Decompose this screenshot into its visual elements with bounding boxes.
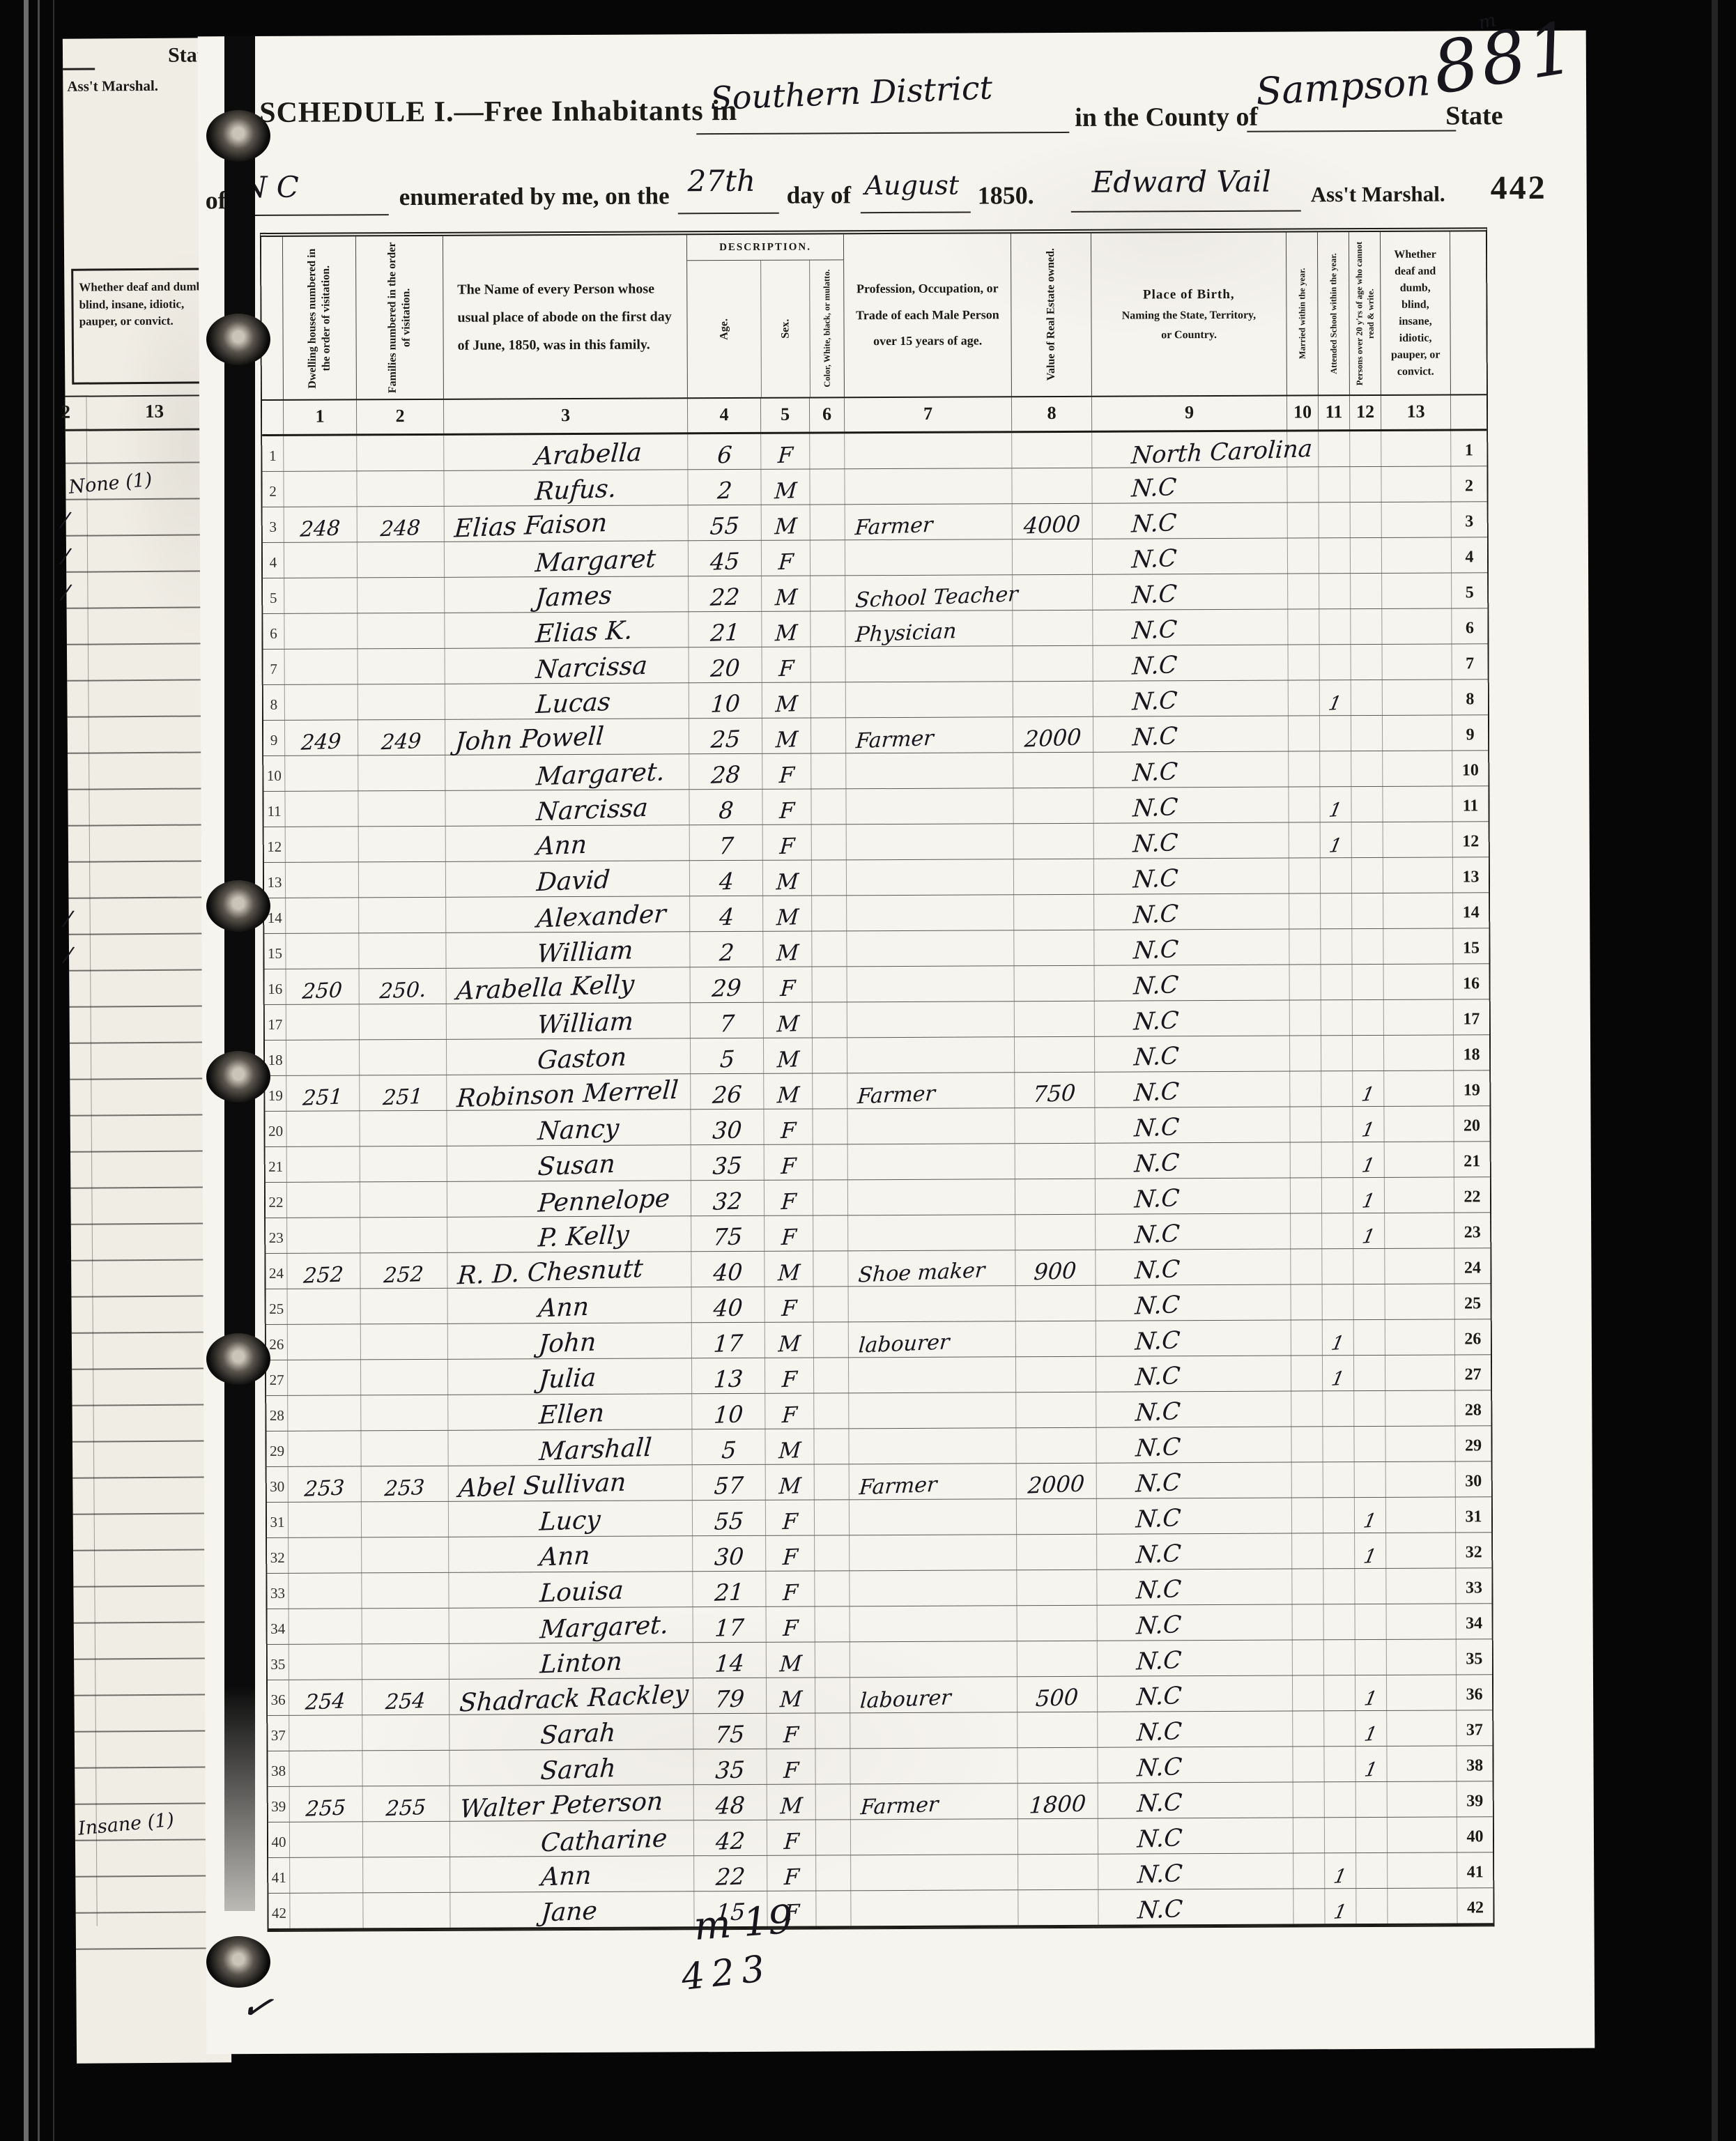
line-number-right: 22 — [1454, 1177, 1490, 1212]
profession-value: Physician — [845, 611, 1012, 646]
table-body: 1 Arabella 6 F North Carolina 1 2 Rufus.… — [262, 431, 1493, 1931]
line-number-left: 4 — [263, 543, 284, 578]
line-number-left: 29 — [266, 1432, 287, 1466]
sex-value: M — [761, 612, 810, 647]
cannot-read-tick: 1 — [1352, 1071, 1383, 1106]
married-tick — [1291, 1462, 1323, 1497]
table-row: 16 250 250. Arabella Kelly 29 F N.C 16 — [265, 964, 1489, 1005]
sex-value: M — [765, 1429, 813, 1464]
dwelling-number: 254 — [289, 1680, 362, 1714]
dwelling-number — [283, 471, 356, 506]
profession-value — [844, 468, 1011, 504]
profession-value — [846, 895, 1013, 930]
birthplace-value: N.C — [1096, 1321, 1291, 1356]
age-value: 20 — [689, 647, 762, 682]
dwelling-number — [289, 1751, 362, 1786]
line-number-left: 7 — [263, 650, 284, 684]
family-number — [360, 1146, 447, 1182]
color-cell — [815, 1749, 850, 1783]
dwelling-number — [283, 436, 356, 470]
school-tick — [1324, 1818, 1355, 1852]
condition-cell — [1381, 431, 1450, 466]
sex-value: M — [765, 1323, 813, 1358]
person-name: Jane — [450, 1891, 693, 1928]
school-tick — [1321, 1036, 1352, 1070]
profession-value — [850, 1855, 1017, 1890]
age-value: 25 — [689, 719, 762, 753]
blank-rule — [1071, 210, 1301, 212]
person-name: Louisa — [448, 1572, 692, 1608]
line-number-right: 7 — [1452, 644, 1488, 679]
sex-value: F — [764, 1145, 813, 1180]
column-digit: 10 — [1286, 396, 1318, 429]
condition-cell — [1382, 716, 1452, 751]
profession-value — [847, 1179, 1015, 1215]
real-estate-value — [1017, 1819, 1098, 1855]
color-cell — [813, 1180, 847, 1215]
sex-value: F — [763, 1110, 812, 1144]
color-cell — [811, 789, 845, 824]
color-cell — [813, 1322, 848, 1357]
prev-row-line: 18 — [70, 1043, 224, 1080]
dwelling-number — [285, 862, 358, 897]
color-cell — [813, 1429, 848, 1464]
cannot-read-tick — [1351, 645, 1382, 680]
line-number-left: 22 — [266, 1183, 286, 1218]
condition-cell — [1381, 574, 1451, 608]
table-row: 10 Margaret. 28 F N.C 10 — [263, 751, 1488, 792]
blank-rule — [678, 213, 779, 215]
cannot-read-tick: 1 — [1354, 1498, 1385, 1533]
color-cell — [814, 1535, 849, 1570]
family-number: 251 — [359, 1075, 446, 1111]
printed-page-number: 442 — [1491, 169, 1547, 207]
color-cell — [810, 611, 845, 646]
census-table: Dwelling houses numbered in the order of… — [260, 227, 1495, 1932]
column-digit: 7 — [844, 397, 1011, 431]
school-tick — [1320, 893, 1351, 928]
dwelling-number — [287, 1360, 360, 1395]
person-name: Marshall — [447, 1429, 691, 1466]
marshal-signature: Edward Vail — [1092, 164, 1271, 199]
table-row: 17 William 7 M N.C 17 — [265, 999, 1489, 1041]
person-name: P. Kelly — [447, 1216, 691, 1252]
age-value: 5 — [690, 1038, 763, 1073]
prev-row-line: 10 — [68, 753, 222, 790]
school-tick — [1324, 1782, 1355, 1817]
profession-value: Farmer — [847, 1073, 1014, 1108]
line-number-left: 38 — [268, 1751, 289, 1786]
line-number-left: 37 — [268, 1716, 289, 1751]
age-value: 30 — [692, 1536, 765, 1571]
married-tick — [1288, 680, 1319, 715]
real-estate-value — [1013, 788, 1093, 824]
header-age: Age. — [687, 261, 761, 397]
person-name: Lucas — [445, 683, 689, 719]
table-row: 38 Sarah 35 F N.C 1 38 — [268, 1746, 1492, 1787]
line-number-right: 3 — [1451, 502, 1487, 537]
family-number — [360, 1431, 447, 1466]
married-tick — [1289, 929, 1320, 964]
color-cell — [811, 753, 845, 788]
profession-value — [850, 1606, 1017, 1641]
family-number — [361, 1537, 448, 1573]
cannot-read-tick — [1353, 1320, 1385, 1355]
profession-value — [844, 433, 1011, 468]
condition-cell — [1381, 502, 1451, 537]
married-tick — [1292, 1675, 1323, 1710]
dwelling-number — [286, 1146, 360, 1181]
real-estate-value — [1013, 895, 1093, 930]
birthplace-value: N.C — [1093, 681, 1288, 716]
column-digit: 8 — [1011, 397, 1091, 431]
line-number-right: 6 — [1451, 608, 1487, 643]
header-name: The Name of every Person whose usual pla… — [443, 235, 687, 399]
line-number-right: 18 — [1453, 1035, 1489, 1070]
married-tick — [1291, 1533, 1323, 1568]
sex-value: F — [765, 1358, 813, 1393]
person-name: David — [445, 861, 689, 897]
sex-value: F — [766, 1607, 815, 1642]
line-number-right: 12 — [1452, 822, 1489, 857]
real-estate-value — [1012, 575, 1092, 611]
person-name: Ann — [448, 1536, 692, 1572]
table-row: 22 Pennelope 32 F N.C 1 22 — [266, 1177, 1490, 1218]
real-estate-value — [1016, 1535, 1096, 1570]
birthplace-value: N.C — [1094, 965, 1289, 1001]
line-number-right: 33 — [1455, 1568, 1491, 1603]
line-number-left: 28 — [266, 1396, 287, 1431]
cannot-read-tick — [1350, 502, 1381, 537]
sex-value: M — [766, 1643, 815, 1678]
real-estate-value — [1011, 468, 1091, 504]
line-number-left: 39 — [268, 1787, 289, 1822]
line-number-right: 14 — [1452, 893, 1489, 928]
column-digit: 2 — [356, 400, 443, 434]
binding-tape — [206, 110, 270, 162]
condition-cell — [1387, 1818, 1457, 1852]
sex-value: F — [761, 541, 810, 576]
line-number-left: 41 — [268, 1858, 289, 1893]
cannot-read-tick: 1 — [1355, 1675, 1386, 1710]
family-number — [362, 1822, 450, 1857]
age-value: 10 — [689, 683, 762, 718]
birthplace-value: N.C — [1094, 1036, 1289, 1072]
color-cell — [811, 931, 846, 966]
cannot-read-tick: 1 — [1355, 1747, 1386, 1781]
color-cell — [811, 860, 846, 895]
married-tick — [1288, 645, 1319, 680]
line-number-left: 5 — [263, 578, 284, 613]
person-name: Rufus. — [443, 470, 687, 506]
age-value: 2 — [689, 932, 762, 967]
birthplace-value: N.C — [1097, 1605, 1292, 1641]
age-value: 45 — [688, 541, 761, 576]
birthplace-value: N.C — [1096, 1534, 1291, 1570]
margin-note: None (1) — [68, 469, 153, 498]
column-digit: 3 — [443, 399, 687, 433]
prev-row-line: 13 — [68, 861, 223, 899]
family-number — [357, 613, 444, 649]
person-name: Robinson Merrell — [446, 1074, 690, 1110]
school-tick — [1322, 1284, 1353, 1319]
dwelling-number — [284, 578, 357, 613]
sex-value: F — [765, 1501, 814, 1535]
table-row: 28 Ellen 10 F N.C 28 — [266, 1390, 1491, 1432]
county-label: in the County of — [1075, 102, 1258, 133]
age-value: 17 — [691, 1323, 765, 1358]
sex-value: F — [762, 754, 811, 789]
condition-cell — [1387, 1853, 1457, 1888]
real-estate-value — [1015, 1215, 1095, 1250]
table-row: 41 Ann 22 F N.C 1 41 — [268, 1852, 1493, 1894]
column-digit: 5 — [760, 399, 809, 432]
family-number: 252 — [360, 1253, 447, 1289]
condition-cell — [1382, 645, 1452, 680]
profession-value: Farmer — [850, 1783, 1017, 1819]
line-number-right: 35 — [1456, 1639, 1492, 1674]
birthplace-value: N.C — [1097, 1747, 1292, 1783]
sex-value: M — [763, 1074, 812, 1109]
prev-marshal-label: Ass't Marshal. — [67, 77, 158, 95]
real-estate-value — [1015, 1357, 1096, 1392]
sex-value: M — [766, 1678, 815, 1713]
real-estate-value — [1017, 1606, 1097, 1641]
line-number-left: 1 — [262, 436, 283, 471]
dwelling-number — [287, 1289, 360, 1323]
profession-value: Farmer — [845, 504, 1012, 539]
age-value: 35 — [693, 1749, 766, 1784]
birthplace-value: N.C — [1092, 574, 1287, 610]
line-number-left: 10 — [263, 756, 284, 791]
married-tick — [1289, 1000, 1321, 1035]
page-edge-sliver — [53, 0, 54, 2141]
married-tick — [1290, 1142, 1321, 1177]
age-value: 7 — [689, 825, 762, 860]
line-number-right: 2 — [1450, 466, 1487, 501]
person-name: Elias K. — [444, 612, 688, 648]
line-number-right: 5 — [1451, 573, 1487, 608]
person-name: Elias Faison — [444, 505, 688, 542]
school-tick: 1 — [1322, 1356, 1353, 1390]
married-tick — [1291, 1498, 1323, 1533]
line-number-left: 33 — [267, 1574, 288, 1609]
cannot-read-tick — [1355, 1889, 1387, 1924]
cannot-read-tick — [1355, 1853, 1387, 1888]
header-families: Families numbered in the order of visita… — [355, 236, 443, 399]
line-number-right: 28 — [1454, 1390, 1491, 1425]
condition-cell — [1385, 1356, 1454, 1390]
married-tick — [1293, 1782, 1324, 1817]
prev-row-line: 9 — [68, 716, 222, 754]
line-number-left: 6 — [263, 614, 284, 649]
age-value: 8 — [689, 790, 762, 824]
family-number — [360, 1218, 447, 1253]
age-value: 7 — [690, 1003, 763, 1038]
margin-note: Insane (1) — [77, 1809, 176, 1840]
married-tick — [1291, 1284, 1322, 1319]
age-value: 55 — [688, 505, 761, 540]
birthplace-value: N.C — [1095, 1250, 1290, 1285]
real-estate-value — [1013, 753, 1093, 788]
header-cannot-read: Persons over 20 y'rs of age who cannot r… — [1349, 232, 1381, 394]
header-school: Attended School within the year. — [1317, 232, 1349, 394]
color-cell — [811, 718, 845, 753]
year-label: 1850. — [978, 181, 1034, 210]
sex-value: F — [765, 1536, 814, 1571]
married-tick — [1292, 1640, 1323, 1675]
school-tick: 1 — [1320, 822, 1351, 857]
condition-cell — [1386, 1604, 1456, 1639]
condition-cell — [1383, 822, 1452, 857]
cannot-read-tick: 1 — [1355, 1711, 1386, 1746]
school-tick: 1 — [1322, 1320, 1353, 1355]
school-tick: 1 — [1319, 787, 1351, 822]
line-number-left: 40 — [268, 1822, 289, 1857]
cannot-read-tick: 1 — [1353, 1178, 1384, 1213]
color-cell — [812, 1073, 847, 1108]
married-tick — [1288, 787, 1319, 822]
real-estate-value — [1013, 682, 1093, 717]
school-tick — [1321, 1000, 1352, 1035]
column-number-row: 1 2 3 4 5 6 7 8 9 10 11 12 13 — [262, 395, 1487, 436]
color-cell — [812, 1002, 847, 1037]
sex-value: F — [763, 967, 812, 1002]
birthplace-value: N.C — [1095, 1143, 1290, 1179]
line-number-right: 32 — [1455, 1533, 1491, 1567]
married-tick — [1290, 1213, 1321, 1248]
dwelling-number — [289, 1715, 362, 1750]
table-row: 11 Narcissa 8 F N.C 1 11 — [263, 786, 1488, 827]
family-number: 255 — [362, 1786, 450, 1822]
profession-value — [845, 646, 1013, 682]
table-row: 39 255 255 Walter Peterson 48 M Farmer 1… — [268, 1781, 1493, 1822]
header-description-group: DESCRIPTION. Age. Sex. Color, White, bla… — [686, 234, 844, 397]
family-number — [359, 1111, 446, 1146]
school-tick — [1321, 1213, 1353, 1248]
profession-value: Farmer — [849, 1464, 1016, 1499]
scan-background: State Ass't Marshal. Whether deaf and du… — [0, 0, 1736, 2141]
prev-row-line: 3∕ — [66, 499, 220, 537]
county-handwritten: Sampson — [1254, 60, 1431, 114]
cannot-read-tick — [1352, 1000, 1383, 1035]
school-tick — [1323, 1462, 1354, 1497]
dwelling-number — [289, 1644, 362, 1679]
person-name: John — [447, 1323, 691, 1359]
blank-rule — [861, 212, 971, 214]
age-value: 13 — [691, 1358, 765, 1393]
prev-row-line: 17 — [70, 1006, 224, 1044]
prev-row-line: 1 — [66, 427, 220, 464]
profession-value — [847, 1037, 1014, 1073]
binding-tape — [206, 1051, 270, 1103]
birthplace-value: N.C — [1093, 752, 1288, 788]
real-estate-value: 2000 — [1013, 717, 1093, 753]
line-number-left: 16 — [265, 969, 286, 1004]
person-name: Linton — [449, 1643, 693, 1679]
table-row: 18 Gaston 5 M N.C 18 — [265, 1035, 1489, 1076]
dwelling-number — [284, 791, 358, 826]
prev-row-line: 11 — [68, 789, 222, 827]
school-tick — [1323, 1498, 1354, 1533]
age-value: 29 — [690, 967, 763, 1002]
table-row: 4 Margaret 45 F N.C 4 — [263, 537, 1487, 578]
person-name: Arabella Kelly — [446, 967, 690, 1004]
family-number — [361, 1573, 448, 1609]
birthplace-value: N.C — [1096, 1285, 1291, 1321]
cannot-read-tick — [1351, 893, 1383, 928]
cannot-read-tick — [1352, 965, 1383, 999]
family-number — [358, 684, 445, 720]
line-number-left: 35 — [268, 1645, 289, 1680]
married-tick — [1293, 1889, 1324, 1924]
dwelling-number — [286, 1004, 359, 1039]
condition-cell — [1386, 1640, 1456, 1675]
prev-row-line: 16 — [69, 970, 224, 1008]
prev-row-line: 4∕ — [66, 535, 221, 573]
birthplace-value: N.C — [1094, 1072, 1289, 1107]
family-number — [356, 436, 443, 471]
color-cell — [809, 469, 844, 504]
real-estate-value — [1014, 1037, 1094, 1073]
birthplace-value: N.C — [1098, 1854, 1293, 1889]
header-sex: Sex. — [760, 261, 810, 397]
margin-slash: ∕ — [63, 906, 73, 931]
condition-cell — [1383, 965, 1453, 999]
table-row: 8 Lucas 10 M N.C 1 8 — [263, 680, 1488, 721]
real-estate-value — [1012, 539, 1092, 575]
person-name: Ellen — [447, 1394, 691, 1430]
profession-value — [847, 966, 1014, 1002]
table-row: 20 Nancy 30 F N.C 1 20 — [265, 1106, 1489, 1147]
condition-cell — [1383, 893, 1452, 928]
married-tick — [1293, 1853, 1324, 1888]
margin-slash: ∕ — [60, 507, 70, 532]
school-tick — [1321, 1249, 1353, 1284]
table-row: 37 Sarah 75 F N.C 1 37 — [268, 1710, 1492, 1751]
real-estate-value — [1015, 1321, 1096, 1357]
married-tick — [1289, 858, 1320, 893]
table-row: 31 Lucy 55 F N.C 1 31 — [267, 1497, 1491, 1538]
prev-row-line: 5∕ — [66, 571, 221, 609]
birthplace-value: N.C — [1095, 1179, 1290, 1214]
color-cell — [814, 1571, 849, 1606]
family-number — [360, 1324, 447, 1360]
column-digit: 4 — [687, 399, 760, 432]
school-tick — [1323, 1569, 1354, 1604]
person-name: Arabella — [443, 434, 687, 470]
married-tick — [1289, 822, 1320, 857]
sex-value: M — [761, 505, 810, 540]
margin-slash: ∕ — [63, 942, 74, 967]
family-number — [357, 578, 444, 613]
birthplace-value: N.C — [1098, 1818, 1293, 1854]
line-number-right: 21 — [1454, 1142, 1490, 1176]
birthplace-value: N.C — [1093, 823, 1289, 859]
dwelling-number — [288, 1502, 361, 1537]
sex-value: F — [766, 1749, 815, 1784]
person-name: Abel Sullivan — [448, 1465, 692, 1501]
line-number-left: 17 — [265, 1005, 286, 1040]
age-value: 40 — [691, 1252, 764, 1287]
real-estate-value — [1016, 1570, 1096, 1606]
family-number — [362, 1857, 450, 1893]
person-name: John Powell — [445, 719, 689, 755]
table-row: 19 251 251 Robinson Merrell 26 M Farmer … — [265, 1070, 1489, 1112]
birthplace-value: N.C — [1091, 468, 1286, 503]
age-value: 22 — [693, 1856, 767, 1891]
sex-value: F — [765, 1572, 814, 1606]
